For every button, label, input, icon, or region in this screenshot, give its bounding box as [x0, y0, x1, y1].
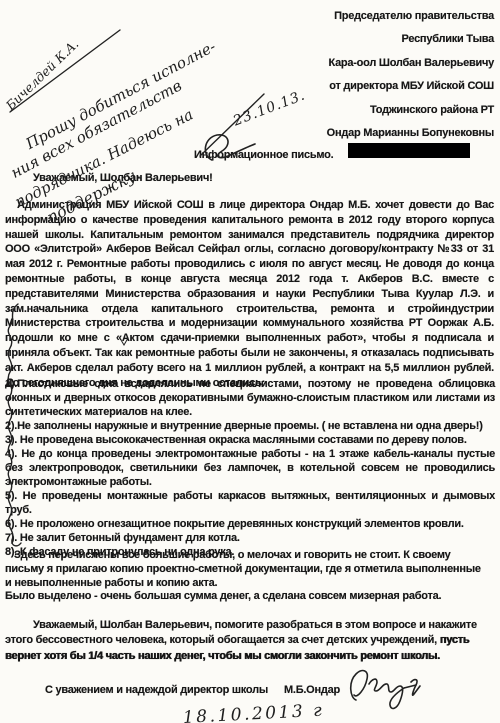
handwritten-reviewer-name: Бичелдей К.А.	[3, 36, 82, 113]
handwritten-resolution-date: 23.10.13.	[231, 87, 307, 129]
redaction-bar	[348, 143, 470, 158]
paragraph-money: Было выделено - очень большая сумма дене…	[5, 589, 487, 603]
recipient-block: Председателю правительства Республики Ты…	[327, 5, 494, 145]
recipient-line: Тоджинского района РТ	[327, 99, 494, 122]
defect-item-4: 4). Не до конца проведены электромонтажн…	[5, 447, 495, 489]
paragraph-appeal: Уважаемый, Шолбан Валерьевич, помогите р…	[5, 618, 488, 664]
handwritten-bottom-date: 18.10.2013 г	[182, 701, 324, 723]
defect-item-2: 2).Не заполнены наружные и внутренние дв…	[5, 419, 495, 433]
defect-item-5: 5). Не проведены монтажные работы каркас…	[5, 489, 495, 517]
recipient-line: Республики Тыва	[327, 28, 494, 51]
appeal-text: Уважаемый, Шолбан Валерьевич, помогите р…	[5, 619, 477, 646]
director-signature-dash	[404, 685, 416, 688]
closing-line: С уважением и надеждой директор школыМ.Б…	[45, 684, 340, 696]
recipient-line: Ондар Марианны Бопунековны	[327, 122, 494, 145]
paragraph-summary: Здесь перечислены все большие работы, о …	[5, 548, 483, 590]
subject-line: Информационное письмо.	[194, 149, 333, 161]
director-signature	[351, 671, 420, 709]
paragraph-main: Администрация МБУ Ийской СОШ в лице дире…	[5, 198, 494, 390]
scanned-letter-page: Председателю правительства Республики Ты…	[0, 0, 500, 723]
recipient-line: от директора МБУ Ийской СОШ	[327, 75, 494, 98]
defect-item-3: 3). Не проведена высококачественная окра…	[5, 433, 495, 447]
defect-item-7: 7). Не залит бетонный фундамент для котл…	[5, 531, 495, 545]
closing-name: М.Б.Ондар	[284, 684, 340, 696]
defect-item-6: 6). Не проложено огнезащитное покрытие д…	[5, 517, 495, 531]
defect-item-1: 1).Пластиковые окна вставлялись не специ…	[5, 377, 495, 419]
recipient-line: Кара-оол Шолбан Валерьевичу	[327, 52, 494, 75]
defects-list: 1).Пластиковые окна вставлялись не специ…	[5, 377, 495, 559]
recipient-line: Председателю правительства	[327, 5, 494, 28]
diagonal-stroke-mid	[200, 94, 264, 156]
closing-text: С уважением и надеждой директор школы	[45, 684, 268, 696]
